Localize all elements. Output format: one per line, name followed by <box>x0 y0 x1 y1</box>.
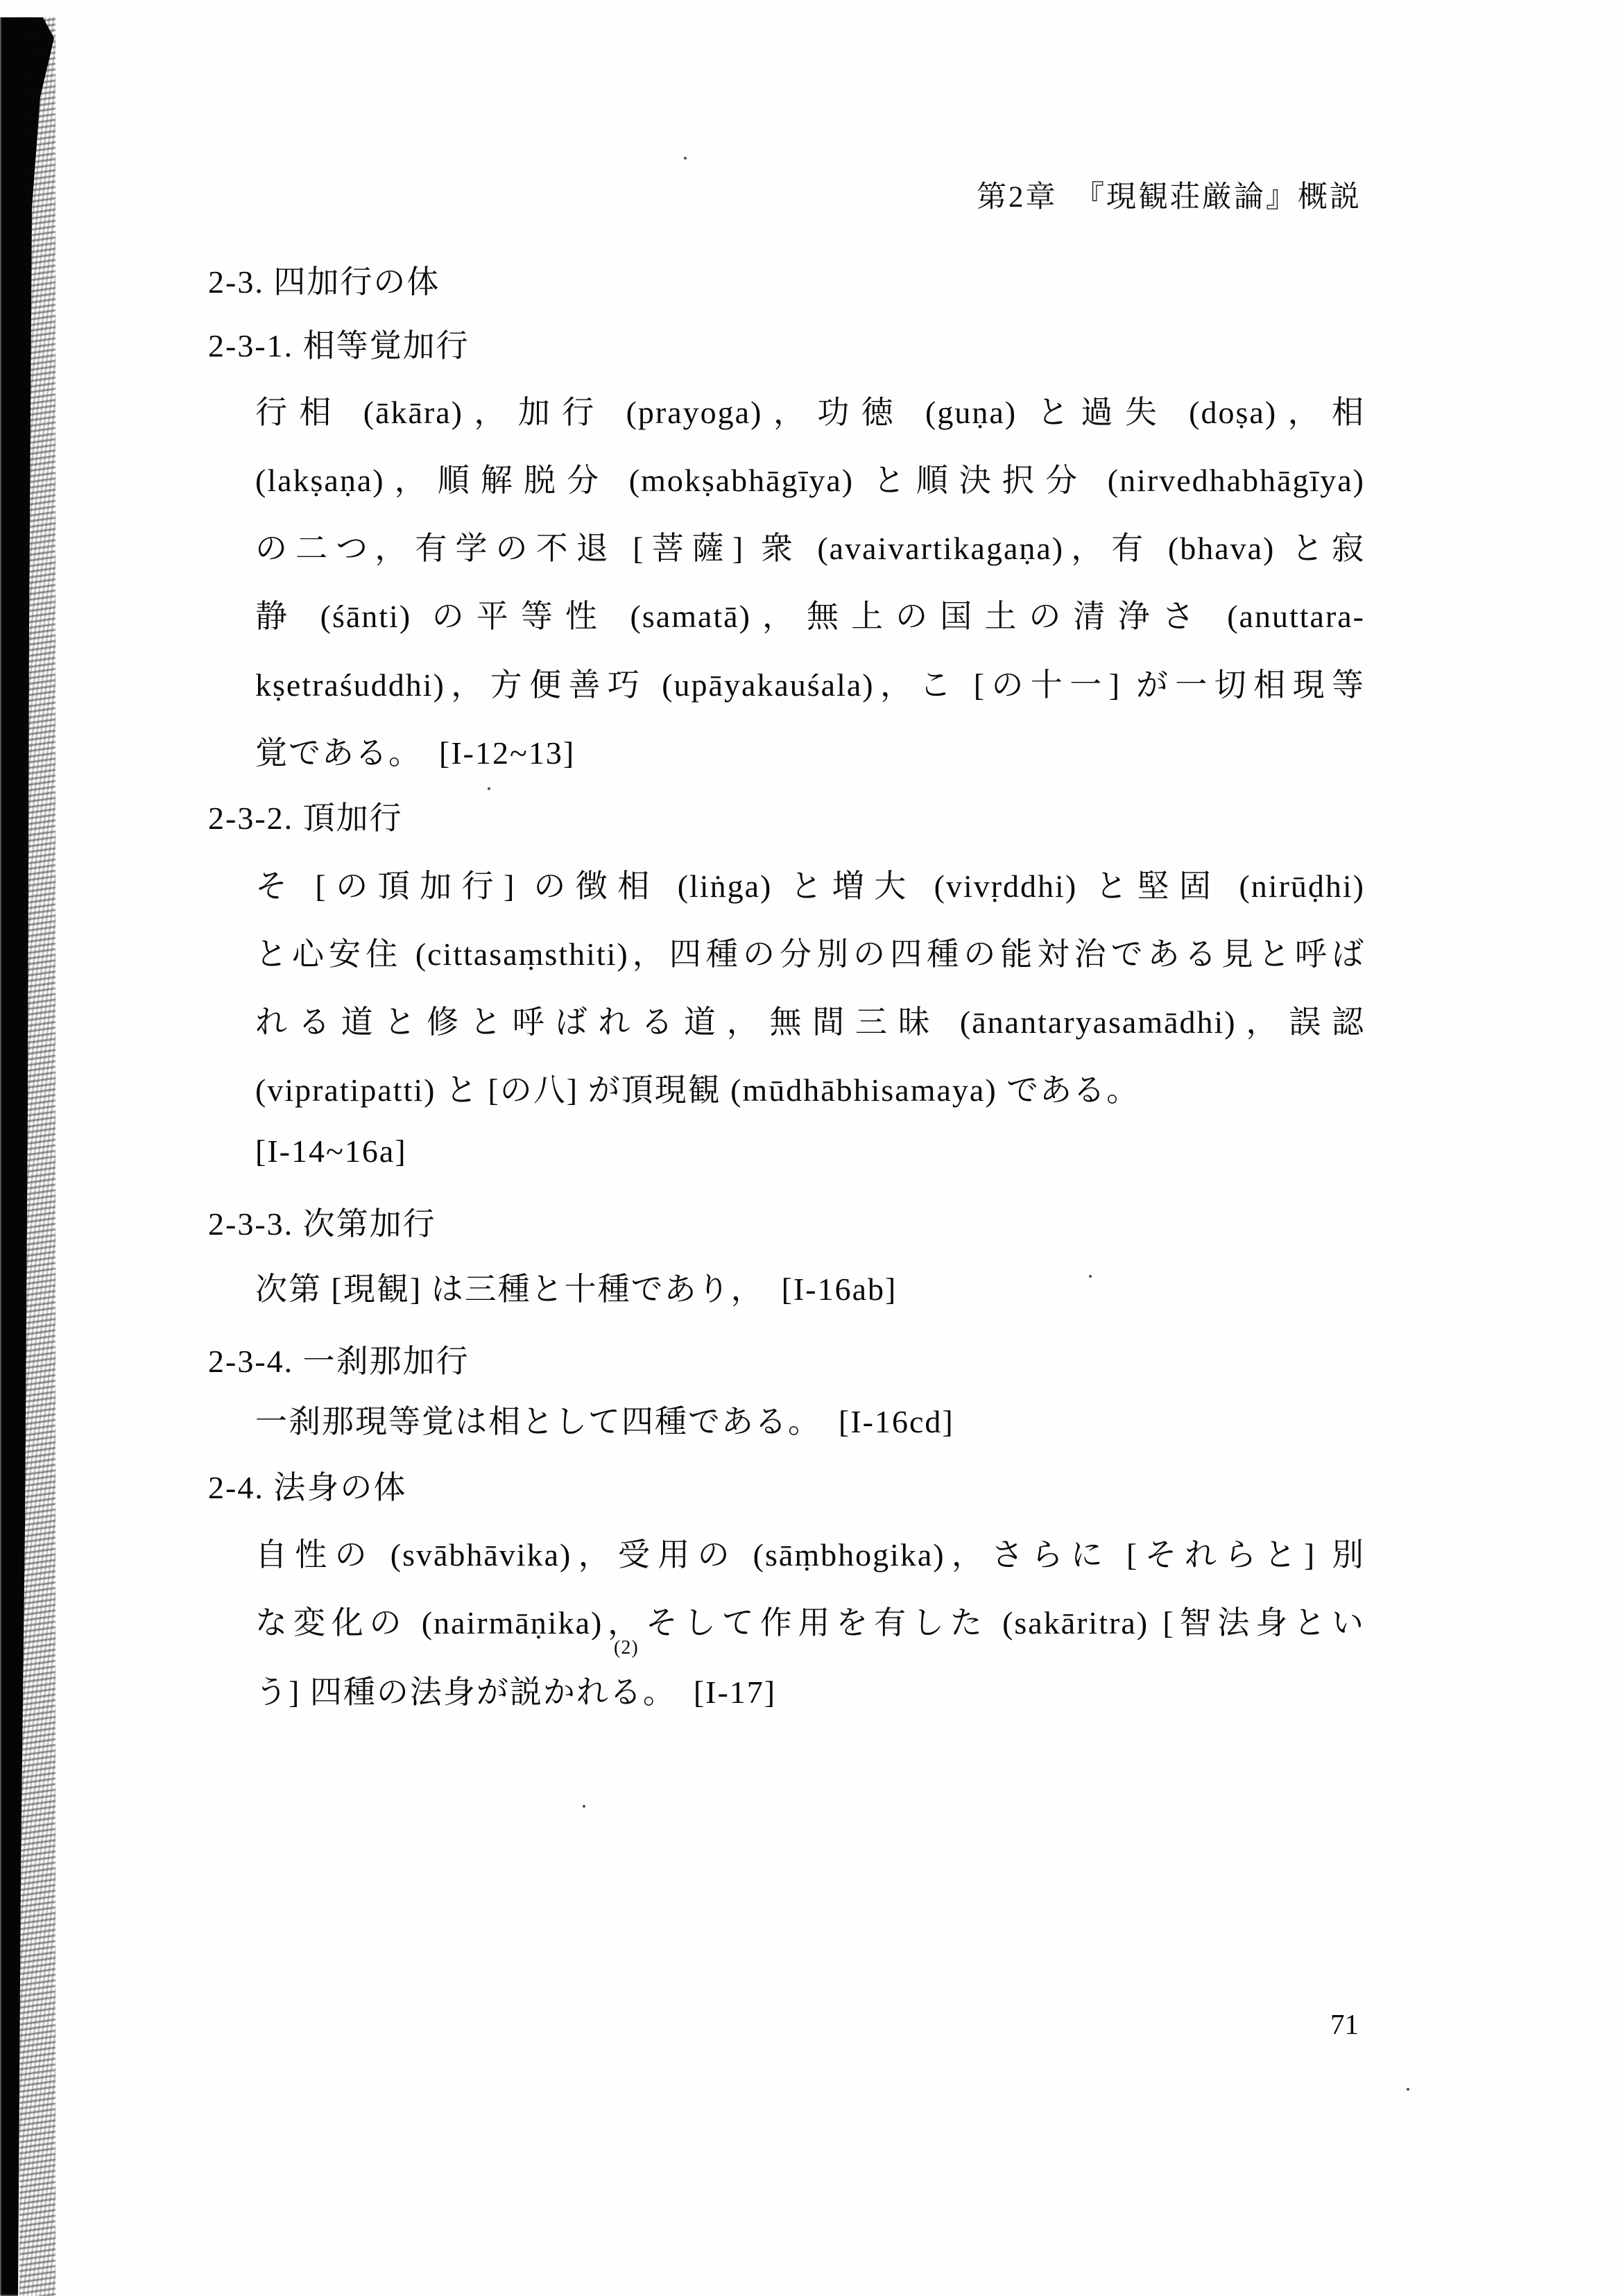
scanned-book-page: 第2章 『現観荘厳論』概説 2-3. 四加行の体 2-3-1. 相等覚加行 行相… <box>0 0 1623 2296</box>
body-line: (lakṣaṇa)，順解脱分 (mokṣabhāgīya) と順決択分 (nir… <box>255 455 1365 501</box>
paper-speck <box>583 1805 585 1808</box>
section-heading-2-3: 2-3. 四加行の体 <box>208 257 440 302</box>
body-line: (vipratipatti) と [の八] が頂現観 (mūdhābhisama… <box>255 1065 1365 1111</box>
section-heading-2-3-3: 2-3-3. 次第加行 <box>208 1199 436 1244</box>
body-line: 自性の (svābhāvika)，受用の (sāṃbhogika)，さらに [そ… <box>255 1530 1365 1575</box>
chapter-running-head: 第2章 『現観荘厳論』概説 <box>977 173 1362 216</box>
paper-speck <box>488 787 490 790</box>
body-line: 行相 (ākāra)，加行 (prayoga)，功徳 (guṇa) と過失 (d… <box>255 387 1365 433</box>
paper-speck <box>684 157 687 160</box>
paper-speck <box>1407 2088 1409 2091</box>
page-number: 71 <box>1330 2007 1359 2041</box>
body-line: な変化の (nairmāṇika)，そして作用を有した (sakāritra) … <box>255 1597 1365 1643</box>
body-line-with-verse-ref: 覚である。 [I-12~13] <box>255 728 1365 773</box>
section-heading-2-3-1: 2-3-1. 相等覚加行 <box>208 320 470 366</box>
body-line: と心安住 (cittasaṃsthiti)，四種の分別の四種の能対治である見と呼… <box>255 929 1365 975</box>
paper-speck <box>1089 1275 1092 1278</box>
footnote-number: (2) <box>614 1637 639 1659</box>
section-heading-2-3-2: 2-3-2. 頂加行 <box>208 793 403 839</box>
body-line: れる道と修と呼ばれる道，無間三昧 (ānantaryasamādhi)，誤認 <box>255 997 1365 1043</box>
body-line: そ [の頂加行] の徴相 (liṅga) と増大 (vivṛddhi) と堅固 … <box>255 861 1365 907</box>
section-heading-2-4: 2-4. 法身の体 <box>208 1462 406 1508</box>
body-line: kṣetraśuddhi)，方便善巧 (upāyakauśala)，こ [の十一… <box>255 660 1365 705</box>
body-line: の二つ，有学の不退 [菩薩] 衆 (avaivartikagaṇa)，有 (bh… <box>255 523 1365 569</box>
body-line: 静 (śānti) の平等性 (samatā)，無上の国土の清浄さ (anutt… <box>255 591 1365 637</box>
body-line-with-verse-ref: う] 四種の法身が説かれる。 [I-17] <box>255 1667 1365 1713</box>
body-line-with-verse-ref: 一刹那現等覚は相として四種である。 [I-16cd] <box>255 1396 1365 1442</box>
section-heading-2-3-4: 2-3-4. 一刹那加行 <box>208 1336 470 1382</box>
verse-ref-line: [I-14~16a] <box>255 1133 1365 1170</box>
binding-shadow-noise <box>19 17 55 2296</box>
body-line-with-verse-ref: 次第 [現観] は三種と十種であり， [I-16ab] <box>255 1264 1365 1310</box>
